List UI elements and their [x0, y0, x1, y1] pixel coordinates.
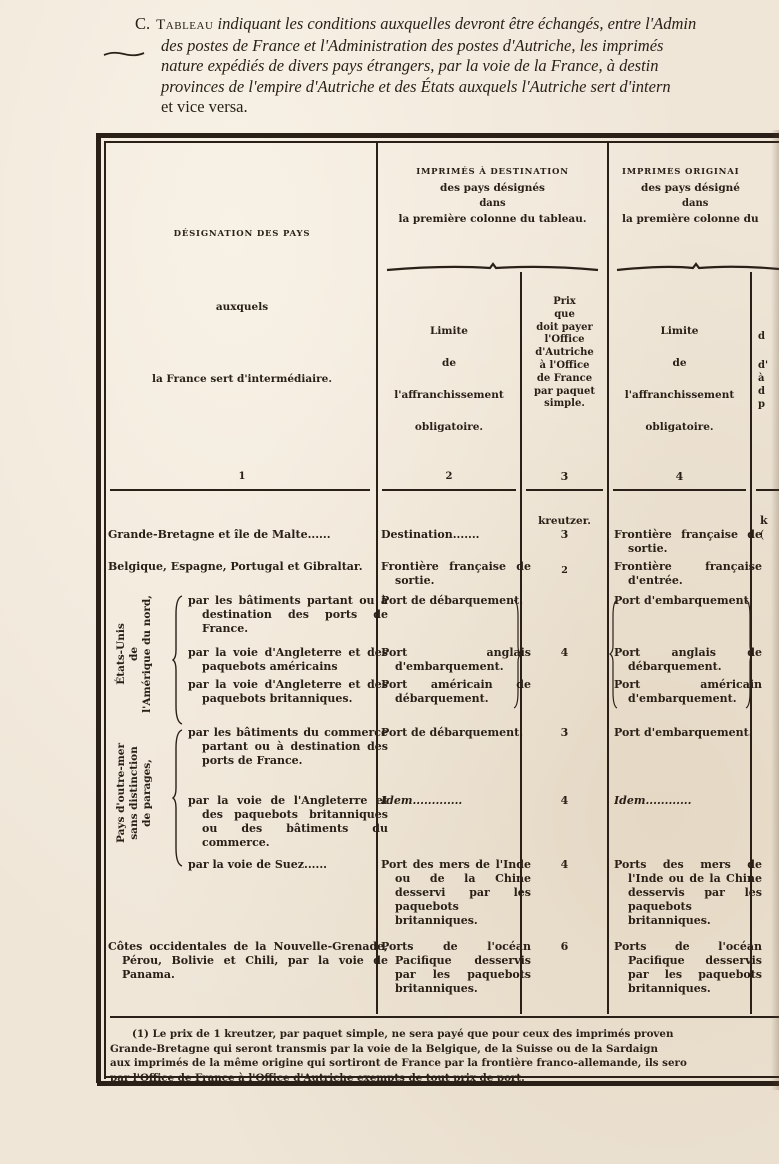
row3-route: par les bâtiments partant ou à destinati…	[188, 594, 388, 636]
group-us-line: l'Amérique du nord,	[141, 579, 154, 729]
row9-country: Côtes occidentales de la Nouvelle-Grenad…	[108, 940, 388, 982]
header-col4: Limite de l'affranchissement obligatoire…	[609, 315, 750, 443]
col3-line: doit payer	[522, 322, 607, 335]
group-b-sub-3: la première colonne du	[609, 211, 779, 227]
col3-line: par paquet	[522, 386, 607, 399]
group-a-sub-2: dans	[378, 197, 607, 211]
caption-line-1: C.Tableau indiquant les conditions auxqu…	[135, 14, 779, 36]
footnote: (1) Le prix de 1 kreutzer, par paquet si…	[110, 1027, 778, 1085]
group-us-line: États-Unis	[115, 579, 128, 729]
table-caption: C.Tableau indiquant les conditions auxqu…	[135, 14, 779, 118]
table-border-top	[97, 133, 779, 138]
row9-limit-a: Ports de l'océan Pacifique desservis par…	[381, 940, 531, 996]
row7-limit-a: Idem.............	[381, 794, 517, 808]
caption-line-4: provinces de l'empire d'Autriche et des …	[135, 77, 779, 98]
col3-line: d'Autriche	[522, 347, 607, 360]
col4-line: l'affranchissement	[609, 379, 750, 411]
header-swash-rule-b-icon	[615, 262, 779, 274]
row3-limit-b: Port d'embarquement.	[614, 594, 762, 608]
row4-limit-a: Port anglais d'embarquement.	[381, 646, 531, 674]
group-b-title: Imprimés originai	[609, 167, 779, 177]
row1-price: 3	[522, 528, 607, 542]
group-a-title: Imprimés à destination	[378, 167, 607, 177]
row5-route: par la voie d'Angleterre et des paquebot…	[188, 678, 388, 706]
row6-route: par les bâtiments du commerce partant ou…	[188, 726, 388, 768]
col3-line: l'Office	[522, 334, 607, 347]
header-col2: Limite de l'affranchissement obligatoire…	[378, 315, 520, 443]
col4-line: obligatoire.	[609, 411, 750, 443]
group-b-sub-1: des pays désigné	[609, 180, 779, 197]
group-a-sub-1: des pays désignés	[378, 180, 607, 197]
row4-route: par la voie d'Angleterre et des paquebot…	[188, 646, 388, 674]
header-rule-3	[526, 489, 603, 491]
footnote-line-3: aux imprimés de la même origine qui sort…	[110, 1056, 778, 1071]
caption-line-5: et vice versa.	[135, 97, 779, 118]
swash-ornament-icon	[103, 50, 145, 58]
group-us-line: de	[128, 579, 141, 729]
row6-limit-b: Port d'embarquement.	[614, 726, 762, 740]
row6-price: 3	[522, 726, 607, 740]
caption-letter: C.	[135, 14, 150, 33]
right-brace-limit-a-icon	[512, 598, 522, 710]
header-swash-rule-a-icon	[385, 262, 600, 274]
page-gutter-shadow	[771, 130, 779, 1090]
row3-limit-a: Port de débarquement.	[381, 594, 531, 608]
col4-line: de	[609, 347, 750, 379]
footnote-line-2: Grande-Bretagne qui seront transmis par …	[110, 1042, 778, 1057]
header-col3: Prix que doit payer l'Office d'Autriche …	[522, 296, 607, 411]
row8-route: par la voie de Suez......	[188, 858, 374, 872]
header-group-destination: Imprimés à destination des pays désignés…	[378, 167, 607, 227]
group-a-sub-3: la première colonne du tableau.	[378, 211, 607, 227]
row5-limit-a: Port américain de débarquement.	[381, 678, 531, 706]
column-divider-3	[607, 142, 609, 1014]
table-border-left	[96, 133, 101, 1083]
row6-limit-a: Port de débarquement.	[381, 726, 531, 740]
caption-line-2: des postes de France et l'Administration…	[135, 36, 779, 57]
row8-limit-a: Port des mers de l'Inde ou de la Chine d…	[381, 858, 531, 928]
table-border-top-inner	[104, 141, 779, 143]
row8-limit-b: Ports des mers de l'Inde ou de la Chine …	[614, 858, 762, 928]
row7-price: 4	[522, 794, 607, 808]
row9-limit-b: Ports de l'océan Pacifique desservis par…	[614, 940, 762, 996]
footnote-line-1: (1) Le prix de 1 kreutzer, par paquet si…	[110, 1027, 778, 1042]
row2-price: 2	[522, 564, 607, 578]
unit-label: kreutzer.	[522, 514, 607, 528]
footnote-line-4: par l'Office de France à l'Office d'Autr…	[110, 1071, 778, 1086]
row7-route: par la voie de l'Angleterre et des paque…	[188, 794, 388, 850]
row1-limit-a: Destination.......	[381, 528, 517, 542]
row2-country: Belgique, Espagne, Portugal et Gibraltar…	[108, 560, 388, 574]
row7-limit-b: Idem............	[614, 794, 748, 808]
footnote-rule	[110, 1016, 779, 1018]
row2-limit-a: Frontière française de sortie.	[381, 560, 531, 588]
col2-line: Limite	[378, 315, 520, 347]
col2-line: obligatoire.	[378, 411, 520, 443]
group-overseas-line: Pays d'outre-mer	[115, 718, 128, 868]
caption-text: indiquant les conditions auxquelles devr…	[218, 14, 697, 33]
group-label-united-states: États-Unis de l'Amérique du nord,	[115, 579, 155, 729]
row1-limit-b: Frontière française de sortie.	[614, 528, 762, 556]
header-group-origin: Imprimés originai des pays désigné dans …	[609, 167, 779, 227]
row2-limit-b: Frontière française d'entrée.	[614, 560, 762, 588]
column-number-4: 4	[609, 470, 750, 484]
col3-line: que	[522, 309, 607, 322]
header-rule-2	[382, 489, 516, 491]
row9-price: 6	[522, 940, 607, 954]
left-brace-us-icon	[172, 594, 184, 726]
col2-line: de	[378, 347, 520, 379]
left-brace-limit-b-icon	[609, 598, 619, 710]
col4-line: Limite	[609, 315, 750, 347]
group-overseas-line: sans distinction	[128, 718, 141, 868]
col3-line: Prix	[522, 296, 607, 309]
row4-price: 4	[522, 646, 607, 660]
column-number-1: 1	[108, 470, 376, 484]
column-number-3: 3	[522, 470, 607, 484]
header-rule-1	[110, 489, 370, 491]
right-brace-limit-b-icon	[744, 598, 754, 710]
column-number-2: 2	[378, 470, 520, 484]
header-auxquels: auxquels	[108, 300, 376, 314]
row1-country: Grande-Bretagne et île de Malte......	[108, 528, 374, 542]
header-designation: Désignation des pays	[108, 229, 376, 239]
col3-line: de France	[522, 373, 607, 386]
caption-lead: Tableau	[156, 17, 213, 33]
group-label-overseas: Pays d'outre-mer sans distinction de par…	[115, 718, 155, 868]
row8-price: 4	[522, 858, 607, 872]
row4-limit-b: Port anglais de débarquement.	[614, 646, 762, 674]
caption-line-3: nature expédiés de divers pays étrangers…	[135, 56, 779, 77]
col2-line: l'affranchissement	[378, 379, 520, 411]
group-b-sub-2: dans	[609, 197, 779, 211]
col3-line: à l'Office	[522, 360, 607, 373]
row5-limit-b: Port américain d'embarquement.	[614, 678, 762, 706]
header-intermediaire: la France sert d'intermédiaire.	[108, 372, 376, 386]
col3-line: simple.	[522, 398, 607, 411]
header-rule-4	[613, 489, 746, 491]
left-brace-overseas-icon	[172, 728, 184, 868]
table-border-left-inner	[104, 141, 106, 1079]
column-divider-1	[376, 142, 378, 1014]
group-overseas-line: de parages,	[141, 718, 154, 868]
